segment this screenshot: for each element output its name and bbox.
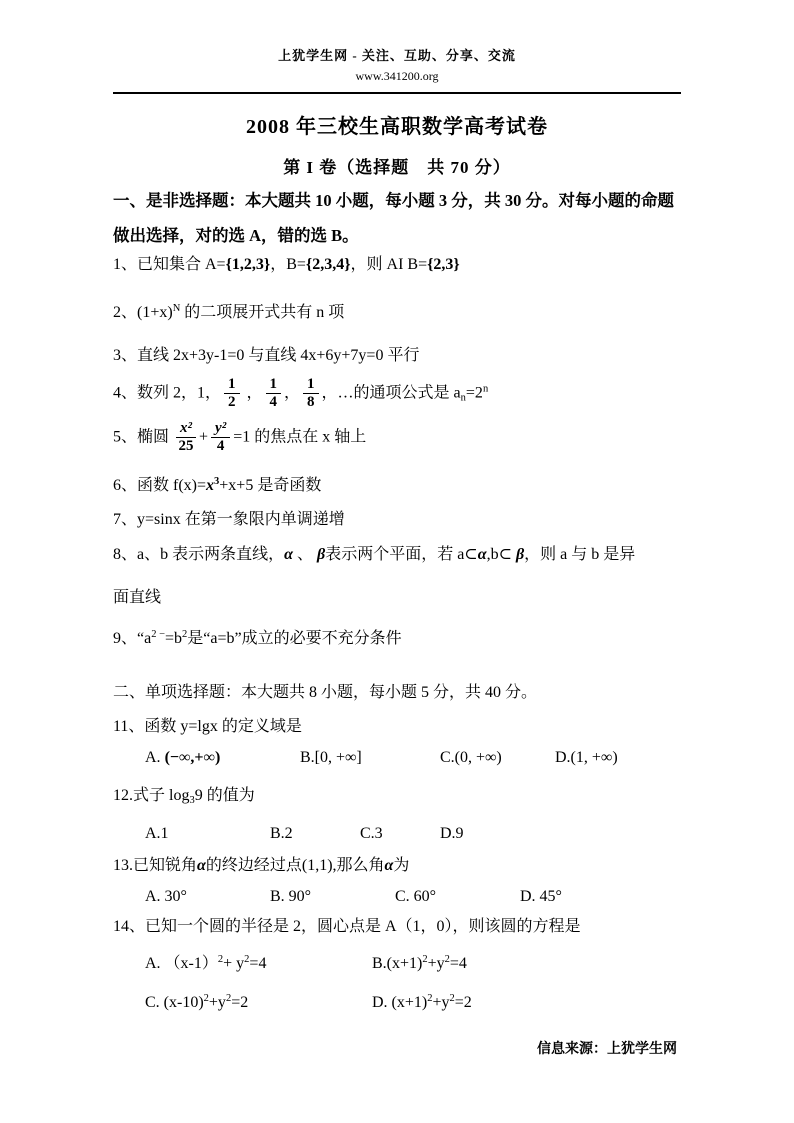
- text-segment: 12.式子 log: [113, 787, 189, 804]
- text-segment: x: [206, 477, 214, 494]
- text-segment: ，B=: [270, 256, 306, 273]
- text-segment: C. 60°: [395, 888, 436, 905]
- text-segment: +x+5 是奇函数: [219, 477, 321, 494]
- option-12-c: C.3: [360, 823, 440, 845]
- text-segment: 二、单项选择题：本大题共 8 小题，每小题 5 分，共 40 分。: [113, 684, 537, 701]
- option-12-b: B.2: [270, 823, 360, 845]
- text-segment: B.[0, +∞]: [300, 749, 362, 766]
- text-segment: =1 的焦点在 x 轴上: [233, 428, 366, 445]
- option-11-c: C.(0, +∞): [440, 747, 555, 769]
- text-segment: 11、函数 y=lgx 的定义域是: [113, 718, 302, 735]
- option-13-d: D. 45°: [520, 886, 562, 908]
- question-9: 9、“a2 −=b2是“a=b”成立的必要不充分条件: [113, 624, 681, 650]
- text-segment: 做出选择，对的选 A，错的选 B。: [113, 226, 359, 245]
- text-segment: 的二项展开式共有 n 项: [180, 304, 344, 321]
- site-url: www.341200.org: [113, 69, 681, 84]
- header-divider: [113, 92, 681, 94]
- question-11: 11、函数 y=lgx 的定义域是: [113, 716, 681, 738]
- text-segment: C. (x-10): [145, 994, 204, 1011]
- option-13-c: C. 60°: [395, 886, 520, 908]
- question-4: 4、数列 2，1，12 ，14，18，…的通项公式是 an=2n: [113, 376, 681, 412]
- text-segment: n: [483, 383, 488, 394]
- section2-heading: 二、单项选择题：本大题共 8 小题，每小题 5 分，共 40 分。: [113, 682, 681, 704]
- text-segment: B.2: [270, 825, 293, 842]
- fraction: 14: [266, 376, 282, 412]
- question-3: 3、直线 2x+3y-1=0 与直线 4x+6y+7y=0 平行: [113, 345, 681, 367]
- text-segment: A.: [145, 749, 165, 766]
- text-segment: ,b⊂: [487, 546, 516, 563]
- question-12-options: A.1B.2C.3D.9: [113, 823, 681, 845]
- page-title: 2008 年三校生高职数学高考试卷: [113, 110, 681, 139]
- text-segment: 表示两个平面，若 a⊂: [325, 546, 478, 563]
- text-segment: A. （x-1）: [145, 955, 218, 972]
- text-segment: 1、已知集合 A=: [113, 256, 226, 273]
- text-segment: 的终边经过点(1,1),那么角: [206, 857, 385, 874]
- text-segment: 、: [293, 546, 317, 563]
- paper-part-title: 第 I 卷（选择题 共 70 分）: [113, 153, 681, 178]
- text-segment: 为: [393, 857, 409, 874]
- text-segment: =2: [231, 994, 248, 1011]
- text-segment: (−∞,+∞): [165, 749, 221, 766]
- text-segment: 2 −: [151, 629, 165, 640]
- text-segment: ，: [284, 384, 300, 401]
- text-segment: {2,3,4}: [306, 256, 351, 273]
- option-11-b: B.[0, +∞]: [300, 747, 440, 769]
- text-segment: B.(x+1): [372, 955, 422, 972]
- option-14-d: D. (x+1)2+y2=2: [372, 988, 472, 1014]
- fraction: 18: [303, 376, 319, 412]
- text-segment: ，则 AI B=: [351, 256, 428, 273]
- question-14-options-ab: A. （x-1）2+ y2=4B.(x+1)2+y2=4: [113, 949, 681, 975]
- question-8-line2: 面直线: [113, 587, 681, 609]
- question-1: 1、已知集合 A={1,2,3}，B={2,3,4}，则 AI B={2,3}: [113, 254, 681, 276]
- site-name: 上犹学生网 - 关注、互助、分享、交流: [113, 45, 681, 64]
- question-14-options-cd: C. (x-10)2+y2=2D. (x+1)2+y2=2: [113, 988, 681, 1014]
- text-segment: 面直线: [113, 589, 161, 606]
- option-13-b: B. 90°: [270, 886, 395, 908]
- text-segment: 5、椭圆: [113, 428, 173, 445]
- question-13-options: A. 30°B. 90°C. 60°D. 45°: [113, 886, 681, 908]
- fraction: 12: [224, 376, 240, 412]
- option-11-a: A. (−∞,+∞): [145, 747, 300, 769]
- text-segment: + y: [223, 955, 244, 972]
- page-header: 上犹学生网 - 关注、互助、分享、交流 www.341200.org: [113, 45, 681, 94]
- text-segment: 3、直线 2x+3y-1=0 与直线 4x+6y+7y=0 平行: [113, 347, 419, 364]
- exam-page: 上犹学生网 - 关注、互助、分享、交流 www.341200.org 2008 …: [0, 0, 794, 1123]
- text-segment: 7、y=sinx 在第一象限内单调递增: [113, 511, 345, 528]
- text-segment: =b: [165, 630, 182, 647]
- option-12-a: A.1: [145, 823, 270, 845]
- text-segment: =4: [249, 955, 266, 972]
- text-segment: =2: [455, 994, 472, 1011]
- question-6: 6、函数 f(x)=x3+x+5 是奇函数: [113, 471, 681, 497]
- question-5: 5、椭圆 x²25+y²4=1 的焦点在 x 轴上: [113, 420, 681, 456]
- fraction: y²4: [211, 420, 230, 456]
- text-segment: ，: [243, 384, 263, 401]
- text-segment: +: [199, 428, 208, 445]
- text-segment: D.9: [440, 825, 464, 842]
- text-segment: α: [284, 546, 293, 563]
- text-segment: 14、已知一个圆的半径是 2，圆心点是 A（1，0），则该圆的方程是: [113, 918, 581, 935]
- text-segment: D. (x+1): [372, 994, 427, 1011]
- page-footer: 信息来源：上犹学生网: [113, 1038, 681, 1058]
- section1-heading-line1: 一、是非选择题：本大题共 10 小题，每小题 3 分，共 30 分。对每小题的命…: [113, 190, 681, 212]
- text-segment: 是“a=b”成立的必要不充分条件: [187, 630, 401, 647]
- question-13: 13.已知锐角α的终边经过点(1,1),那么角α为: [113, 855, 681, 877]
- question-2: 2、(1+x)N 的二项展开式共有 n 项: [113, 298, 681, 324]
- text-segment: 4、数列 2，1，: [113, 384, 221, 401]
- question-7: 7、y=sinx 在第一象限内单调递增: [113, 509, 681, 531]
- text-segment: D. 45°: [520, 888, 562, 905]
- question-14: 14、已知一个圆的半径是 2，圆心点是 A（1，0），则该圆的方程是: [113, 916, 681, 938]
- text-segment: α: [478, 546, 487, 563]
- text-segment: D.(1, +∞): [555, 749, 618, 766]
- text-segment: +y: [432, 994, 449, 1011]
- text-segment: α: [197, 857, 206, 874]
- question-11-options: A. (−∞,+∞)B.[0, +∞]C.(0, +∞)D.(1, +∞): [113, 747, 681, 769]
- text-segment: ，…的通项公式是 a: [322, 384, 461, 401]
- option-13-a: A. 30°: [145, 886, 270, 908]
- option-14-c: C. (x-10)2+y2=2: [145, 988, 372, 1014]
- text-segment: β: [516, 546, 524, 563]
- text-segment: 9、“a: [113, 630, 151, 647]
- text-segment: C.(0, +∞): [440, 749, 502, 766]
- text-segment: 8、a、b 表示两条直线，: [113, 546, 284, 563]
- text-segment: A.1: [145, 825, 169, 842]
- text-segment: {1,2,3}: [226, 256, 271, 273]
- text-segment: {2,3}: [427, 256, 460, 273]
- fraction: x²25: [176, 420, 196, 456]
- text-segment: 9 的值为: [195, 787, 255, 804]
- option-14-b: B.(x+1)2+y2=4: [372, 949, 467, 975]
- text-segment: C.3: [360, 825, 383, 842]
- text-segment: 2、(1+x): [113, 304, 173, 321]
- text-segment: B. 90°: [270, 888, 311, 905]
- text-segment: A. 30°: [145, 888, 187, 905]
- text-segment: β: [317, 546, 325, 563]
- text-segment: =4: [450, 955, 467, 972]
- option-14-a: A. （x-1）2+ y2=4: [145, 949, 372, 975]
- document-body: 一、是非选择题：本大题共 10 小题，每小题 3 分，共 30 分。对每小题的命…: [113, 190, 681, 1014]
- text-segment: 一、是非选择题：本大题共 10 小题，每小题 3 分，共 30 分。对每小题的命…: [113, 191, 674, 210]
- text-segment: +y: [428, 955, 445, 972]
- text-segment: =2: [466, 384, 483, 401]
- option-11-d: D.(1, +∞): [555, 747, 618, 769]
- option-12-d: D.9: [440, 823, 464, 845]
- text-segment: ，则 a 与 b 是异: [524, 546, 635, 563]
- section1-heading-line2: 做出选择，对的选 A，错的选 B。: [113, 225, 681, 247]
- question-8-line1: 8、a、b 表示两条直线，α 、 β表示两个平面，若 a⊂α,b⊂ β，则 a …: [113, 544, 681, 566]
- text-segment: +y: [209, 994, 226, 1011]
- text-segment: 13.已知锐角: [113, 857, 197, 874]
- text-segment: 6、函数 f(x)=: [113, 477, 206, 494]
- question-12: 12.式子 log39 的值为: [113, 785, 681, 812]
